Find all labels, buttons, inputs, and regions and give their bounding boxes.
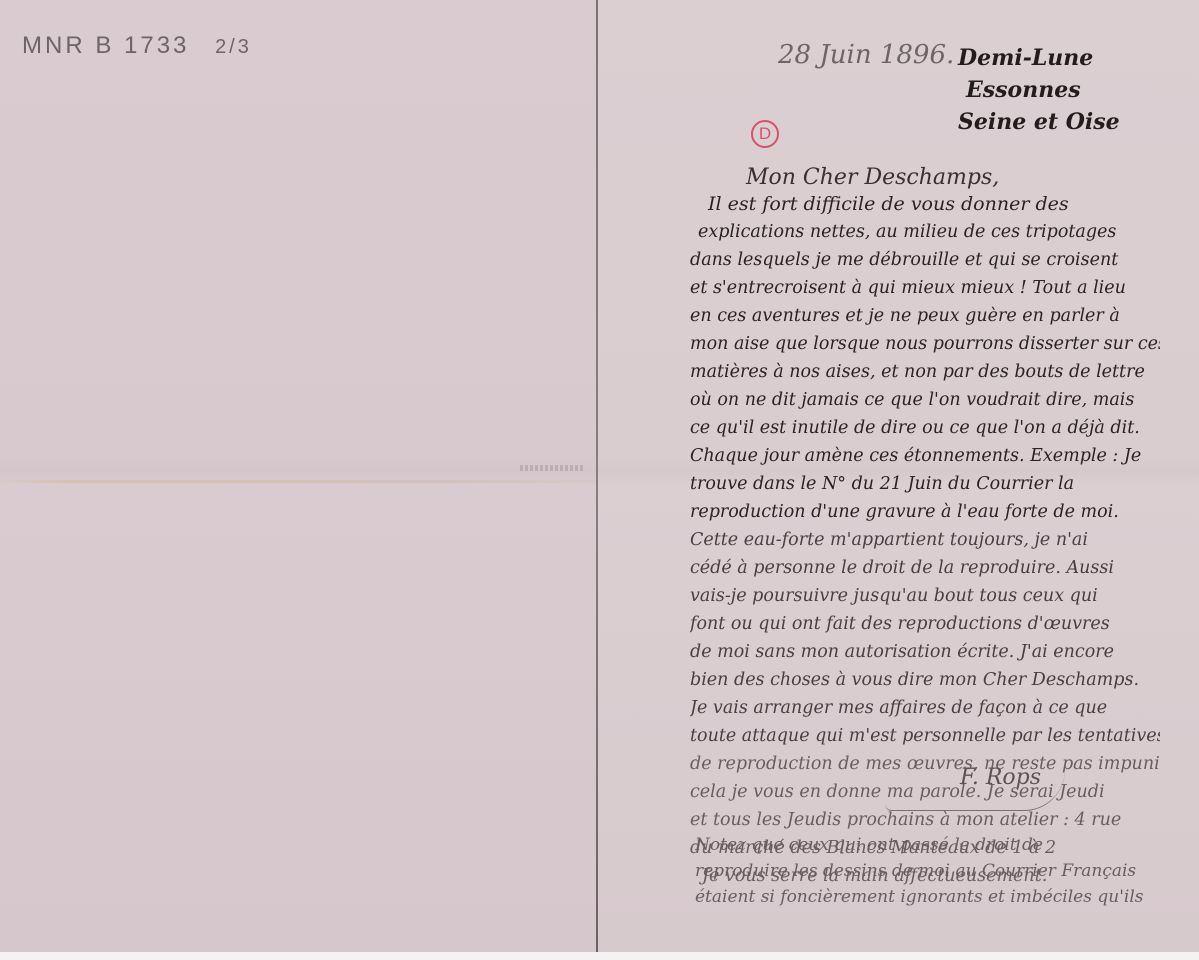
letter-sheet: MNR B 1733 2/3 28 Juin 1896. Demi-Lune E… <box>0 0 1199 952</box>
postscript-line: étaient si foncièrement ignorants et imb… <box>695 884 1165 910</box>
postscript-line: Notez que ceux qui ont passé le droit de <box>695 832 1165 858</box>
body-line: et s'entrecroisent à qui mieux mieux ! T… <box>690 274 1160 302</box>
folio-fraction: 2/3 <box>215 36 252 58</box>
address-line: Seine et Oise <box>958 106 1120 138</box>
signature: F. Rops <box>960 765 1041 790</box>
salutation: Mon Cher Deschamps, <box>746 165 999 190</box>
left-page: MNR B 1733 2/3 <box>0 0 597 952</box>
ink-smudge <box>520 465 585 471</box>
horizontal-fold-crease <box>0 480 597 483</box>
postscript: Notez que ceux qui ont passé le droit de… <box>695 832 1165 910</box>
dateline: 28 Juin 1896. <box>778 40 954 70</box>
body-line: en ces aventures et je ne peux guère en … <box>690 302 1160 330</box>
body-line: Il est fort difficile de vous donner des <box>690 190 1160 218</box>
body-line: toute attaque qui m'est personnelle par … <box>690 722 1160 750</box>
body-line: font ou qui ont fait des reproductions d… <box>690 610 1160 638</box>
body-line: de moi sans mon autorisation écrite. J'a… <box>690 638 1160 666</box>
body-line: reproduction d'une gravure à l'eau forte… <box>690 498 1160 526</box>
body-line: mon aise que lorsque nous pourrons disse… <box>690 330 1160 358</box>
body-line: Chaque jour amène ces étonnements. Exemp… <box>690 442 1160 470</box>
body-line: matières à nos aises, et non par des bou… <box>690 358 1160 386</box>
body-line: explications nettes, au milieu de ces tr… <box>690 218 1160 246</box>
address-line: Essonnes <box>958 74 1120 106</box>
body-line: Cette eau-forte m'appartient toujours, j… <box>690 526 1160 554</box>
scan-margin <box>0 952 1199 960</box>
body-line: ce qu'il est inutile de dire ou ce que l… <box>690 414 1160 442</box>
body-line: Je vais arranger mes affaires de façon à… <box>690 694 1160 722</box>
address-line: Demi-Lune <box>958 42 1120 74</box>
body-line: vais-je poursuivre jusqu'au bout tous ce… <box>690 582 1160 610</box>
sender-address: Demi-Lune Essonnes Seine et Oise <box>958 42 1120 138</box>
postscript-line: reproduire les dessins de moi au Courrie… <box>695 858 1165 884</box>
catalog-number: MNR B 1733 2/3 <box>22 32 252 60</box>
body-line: cédé à personne le droit de la reproduir… <box>690 554 1160 582</box>
stamp-letter: D <box>759 124 771 144</box>
body-line: bien des choses à vous dire mon Cher Des… <box>690 666 1160 694</box>
body-line: dans lesquels je me débrouille et qui se… <box>690 246 1160 274</box>
catalog-number-text: MNR B 1733 <box>22 32 189 59</box>
library-stamp-icon: D <box>751 120 779 148</box>
body-line: où on ne dit jamais ce que l'on voudrait… <box>690 386 1160 414</box>
body-line: trouve dans le N° du 21 Juin du Courrier… <box>690 470 1160 498</box>
